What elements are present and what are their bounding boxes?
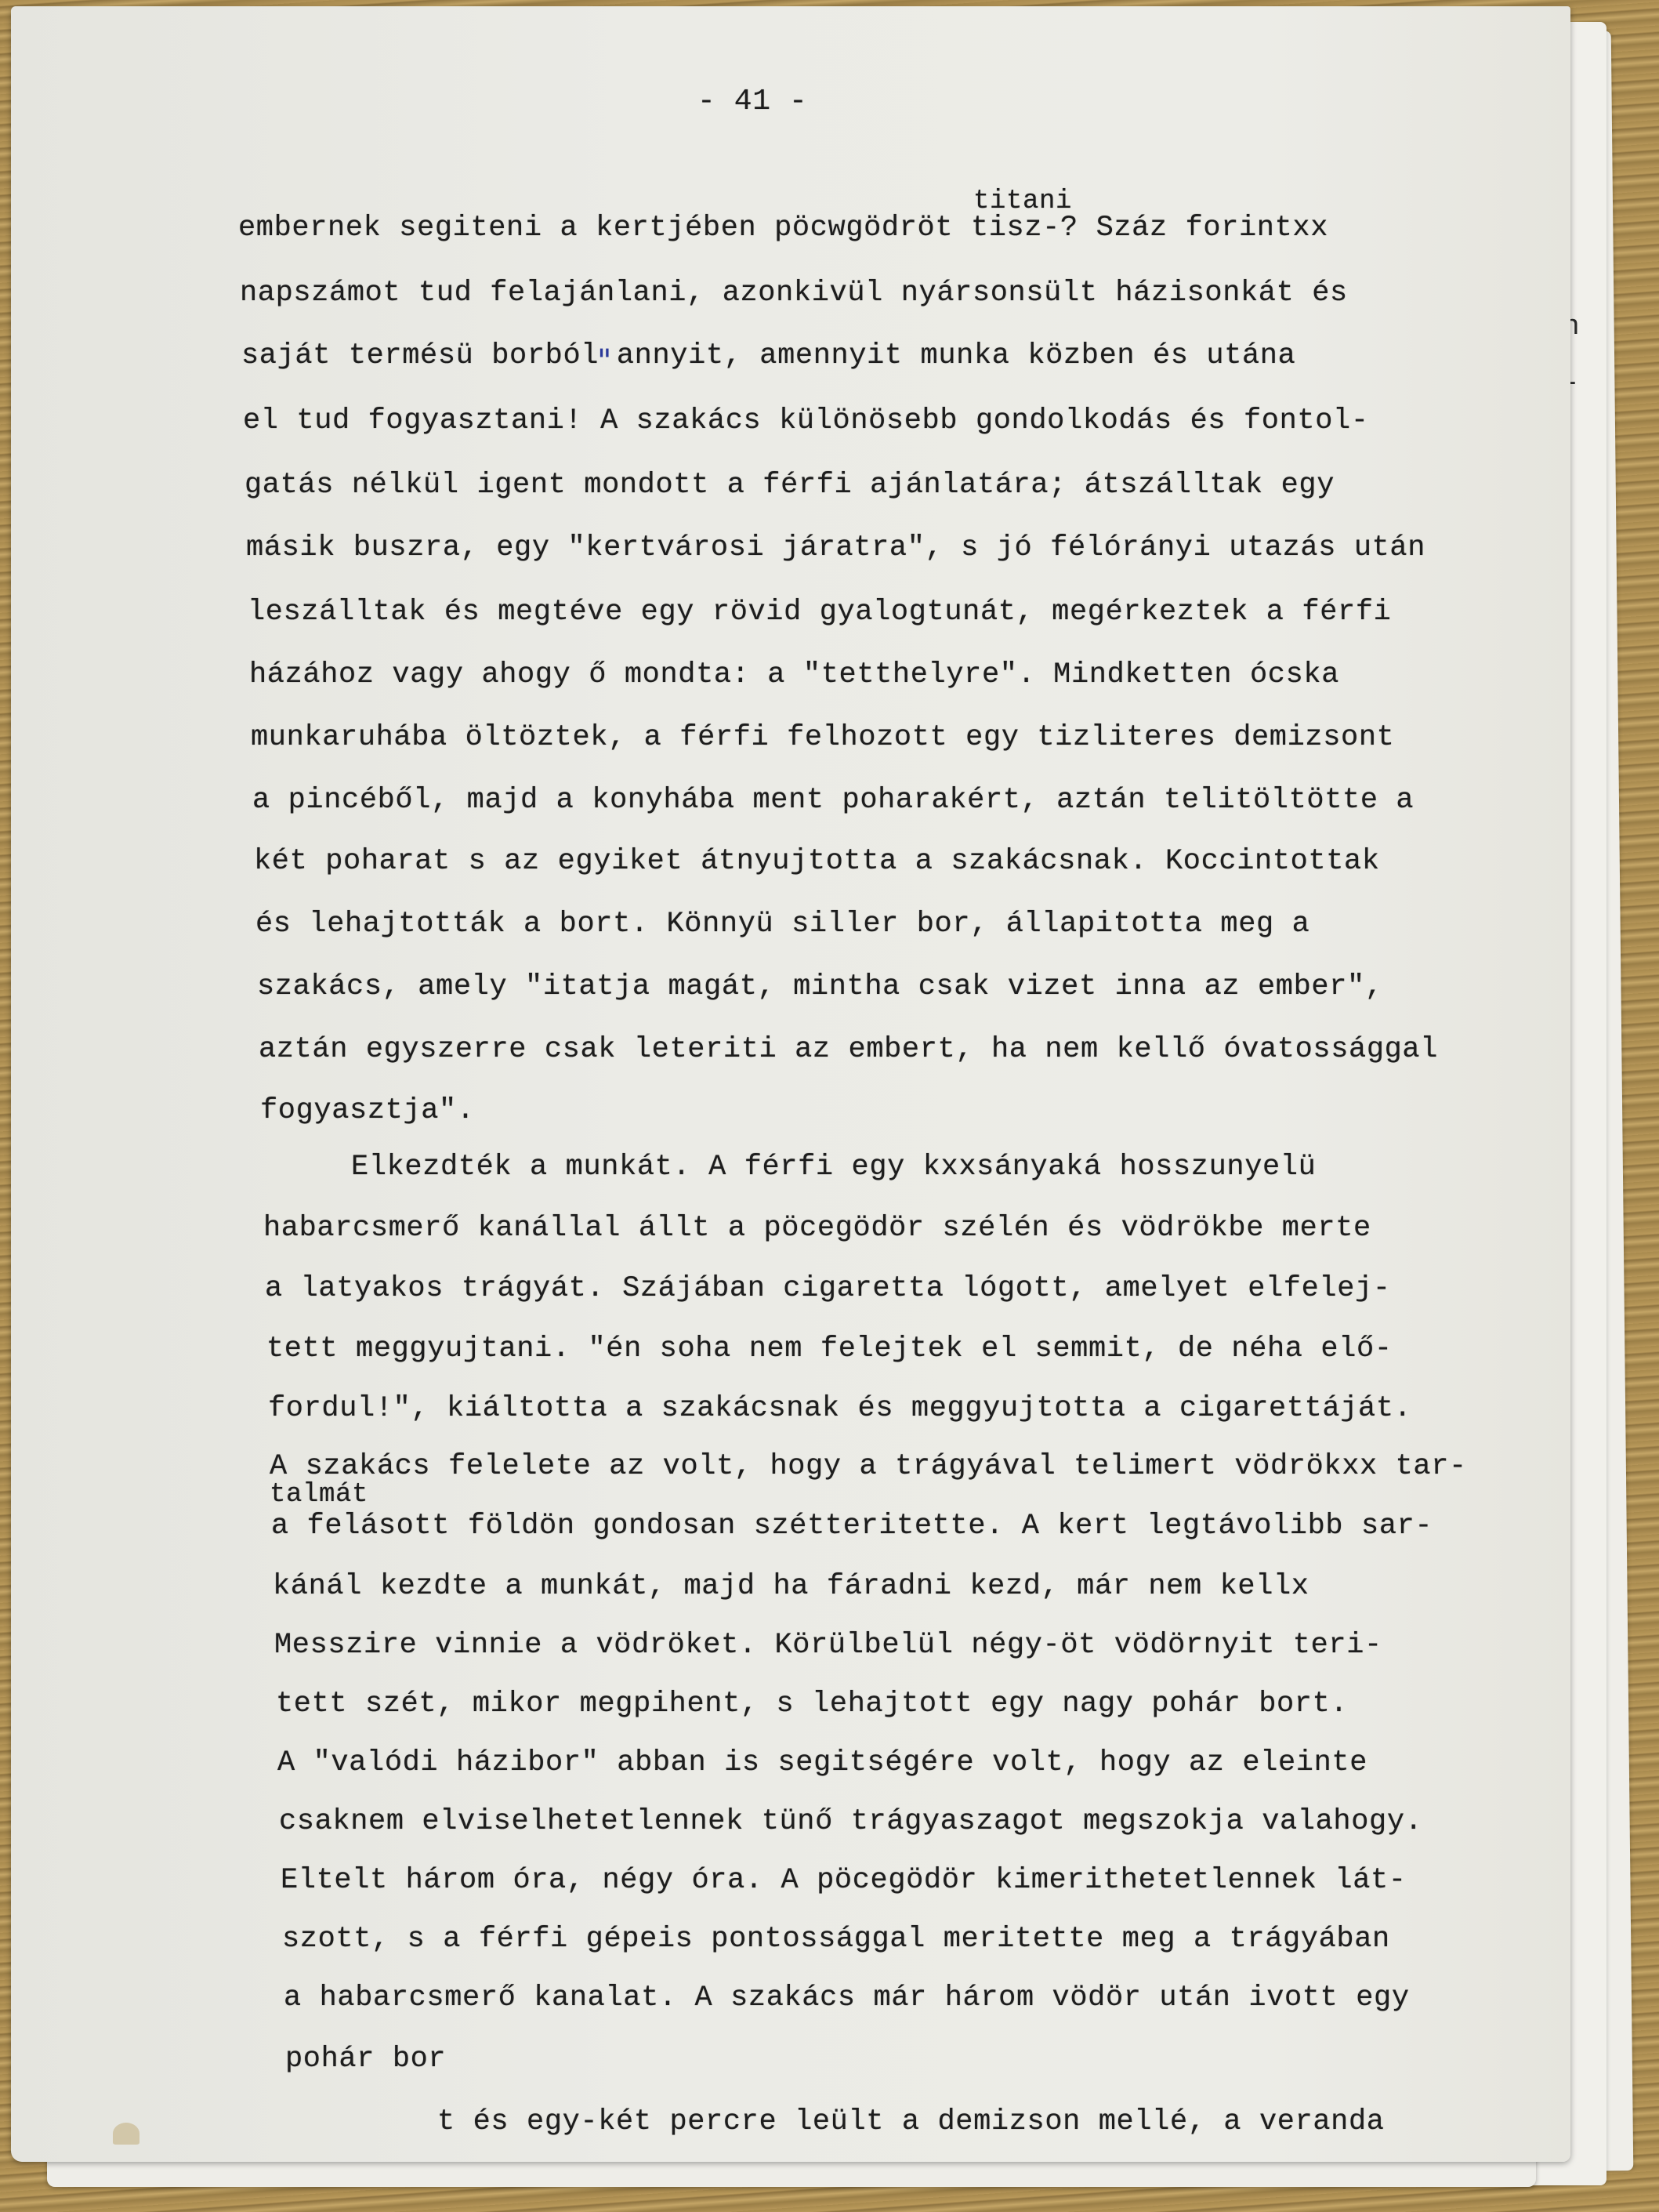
text-line: Eltelt három óra, négy óra. A pöcegödör … xyxy=(281,1864,1407,1897)
text-line: szott, s a férfi gépeis pontossággal mer… xyxy=(282,1923,1390,1956)
text-line: aztán egyszerre csak leteriti az embert,… xyxy=(259,1033,1438,1066)
paper-stain xyxy=(113,2123,139,2145)
text-line: habarcsmerő kanállal állt a pöcegödör sz… xyxy=(263,1212,1371,1245)
text-line: másik buszra, egy "kertvárosi járatra", … xyxy=(246,531,1425,564)
text-line: embernek segiteni a kertjében pöcwgödröt… xyxy=(238,212,1328,245)
text-line: fordul!", kiáltotta a szakácsnak és megg… xyxy=(268,1392,1411,1425)
text-line: csaknem elviselhetetlennek tünő trágyasz… xyxy=(279,1805,1422,1838)
text-line: el tud fogyasztani! A szakács különösebb… xyxy=(243,404,1369,437)
text-line: tett szét, mikor megpihent, s lehajtott … xyxy=(276,1688,1348,1721)
text-line: munkaruhába öltöztek, a férfi felhozott … xyxy=(251,721,1394,754)
typed-insertion: talmát xyxy=(270,1480,368,1510)
text-line: és lehajtották a bort. Könnyü siller bor… xyxy=(255,908,1309,941)
text-line: a pincéből, majd a konyhába ment poharak… xyxy=(252,784,1414,817)
text-line: házához vagy ahogy ő mondta: a "tetthely… xyxy=(249,658,1339,691)
text-line: Messzire vinnie a vödröket. Körülbelül n… xyxy=(274,1629,1382,1662)
text-line: fogyasztja". xyxy=(260,1094,475,1127)
text-line: t és egy-két percre leült a demizson mel… xyxy=(437,2105,1385,2138)
text-line: szakács, amely "itatja magát, mintha csa… xyxy=(257,970,1383,1003)
text-line: saját termésü borból annyit, amennyit mu… xyxy=(241,339,1295,372)
text-line: napszámot tud felajánlani, azonkivül nyá… xyxy=(240,277,1348,310)
text-line: kánál kezdte a munkát, majd ha fáradni k… xyxy=(273,1570,1309,1603)
page-number: - 41 - xyxy=(697,85,807,118)
text-line: gatás nélkül igent mondott a férfi ajánl… xyxy=(245,469,1335,502)
text-line: A szakács felelete az volt, hogy a trágy… xyxy=(270,1450,1467,1483)
typewritten-page: - 41 - titani " embernek segiteni a kert… xyxy=(11,6,1570,2162)
text-line: a felásott földön gondosan szétteritette… xyxy=(271,1510,1433,1543)
text-line: A "valódi házibor" abban is segitségére … xyxy=(277,1746,1367,1779)
text-line: a latyakos trágyát. Szájában cigaretta l… xyxy=(265,1272,1391,1305)
text-line: pohár bor xyxy=(285,2043,446,2076)
text-line: Elkezdték a munkát. A férfi egy kxxsánya… xyxy=(262,1151,1316,1184)
text-line: két poharat s az egyiket átnyujtotta a s… xyxy=(254,845,1380,878)
text-line: leszálltak és megtéve egy rövid gyalogtu… xyxy=(248,596,1391,629)
text-line: a habarcsmerő kanalat. A szakács már hár… xyxy=(284,1982,1410,2014)
text-line: tett meggyujtani. "én soha nem felejtek … xyxy=(266,1333,1393,1365)
